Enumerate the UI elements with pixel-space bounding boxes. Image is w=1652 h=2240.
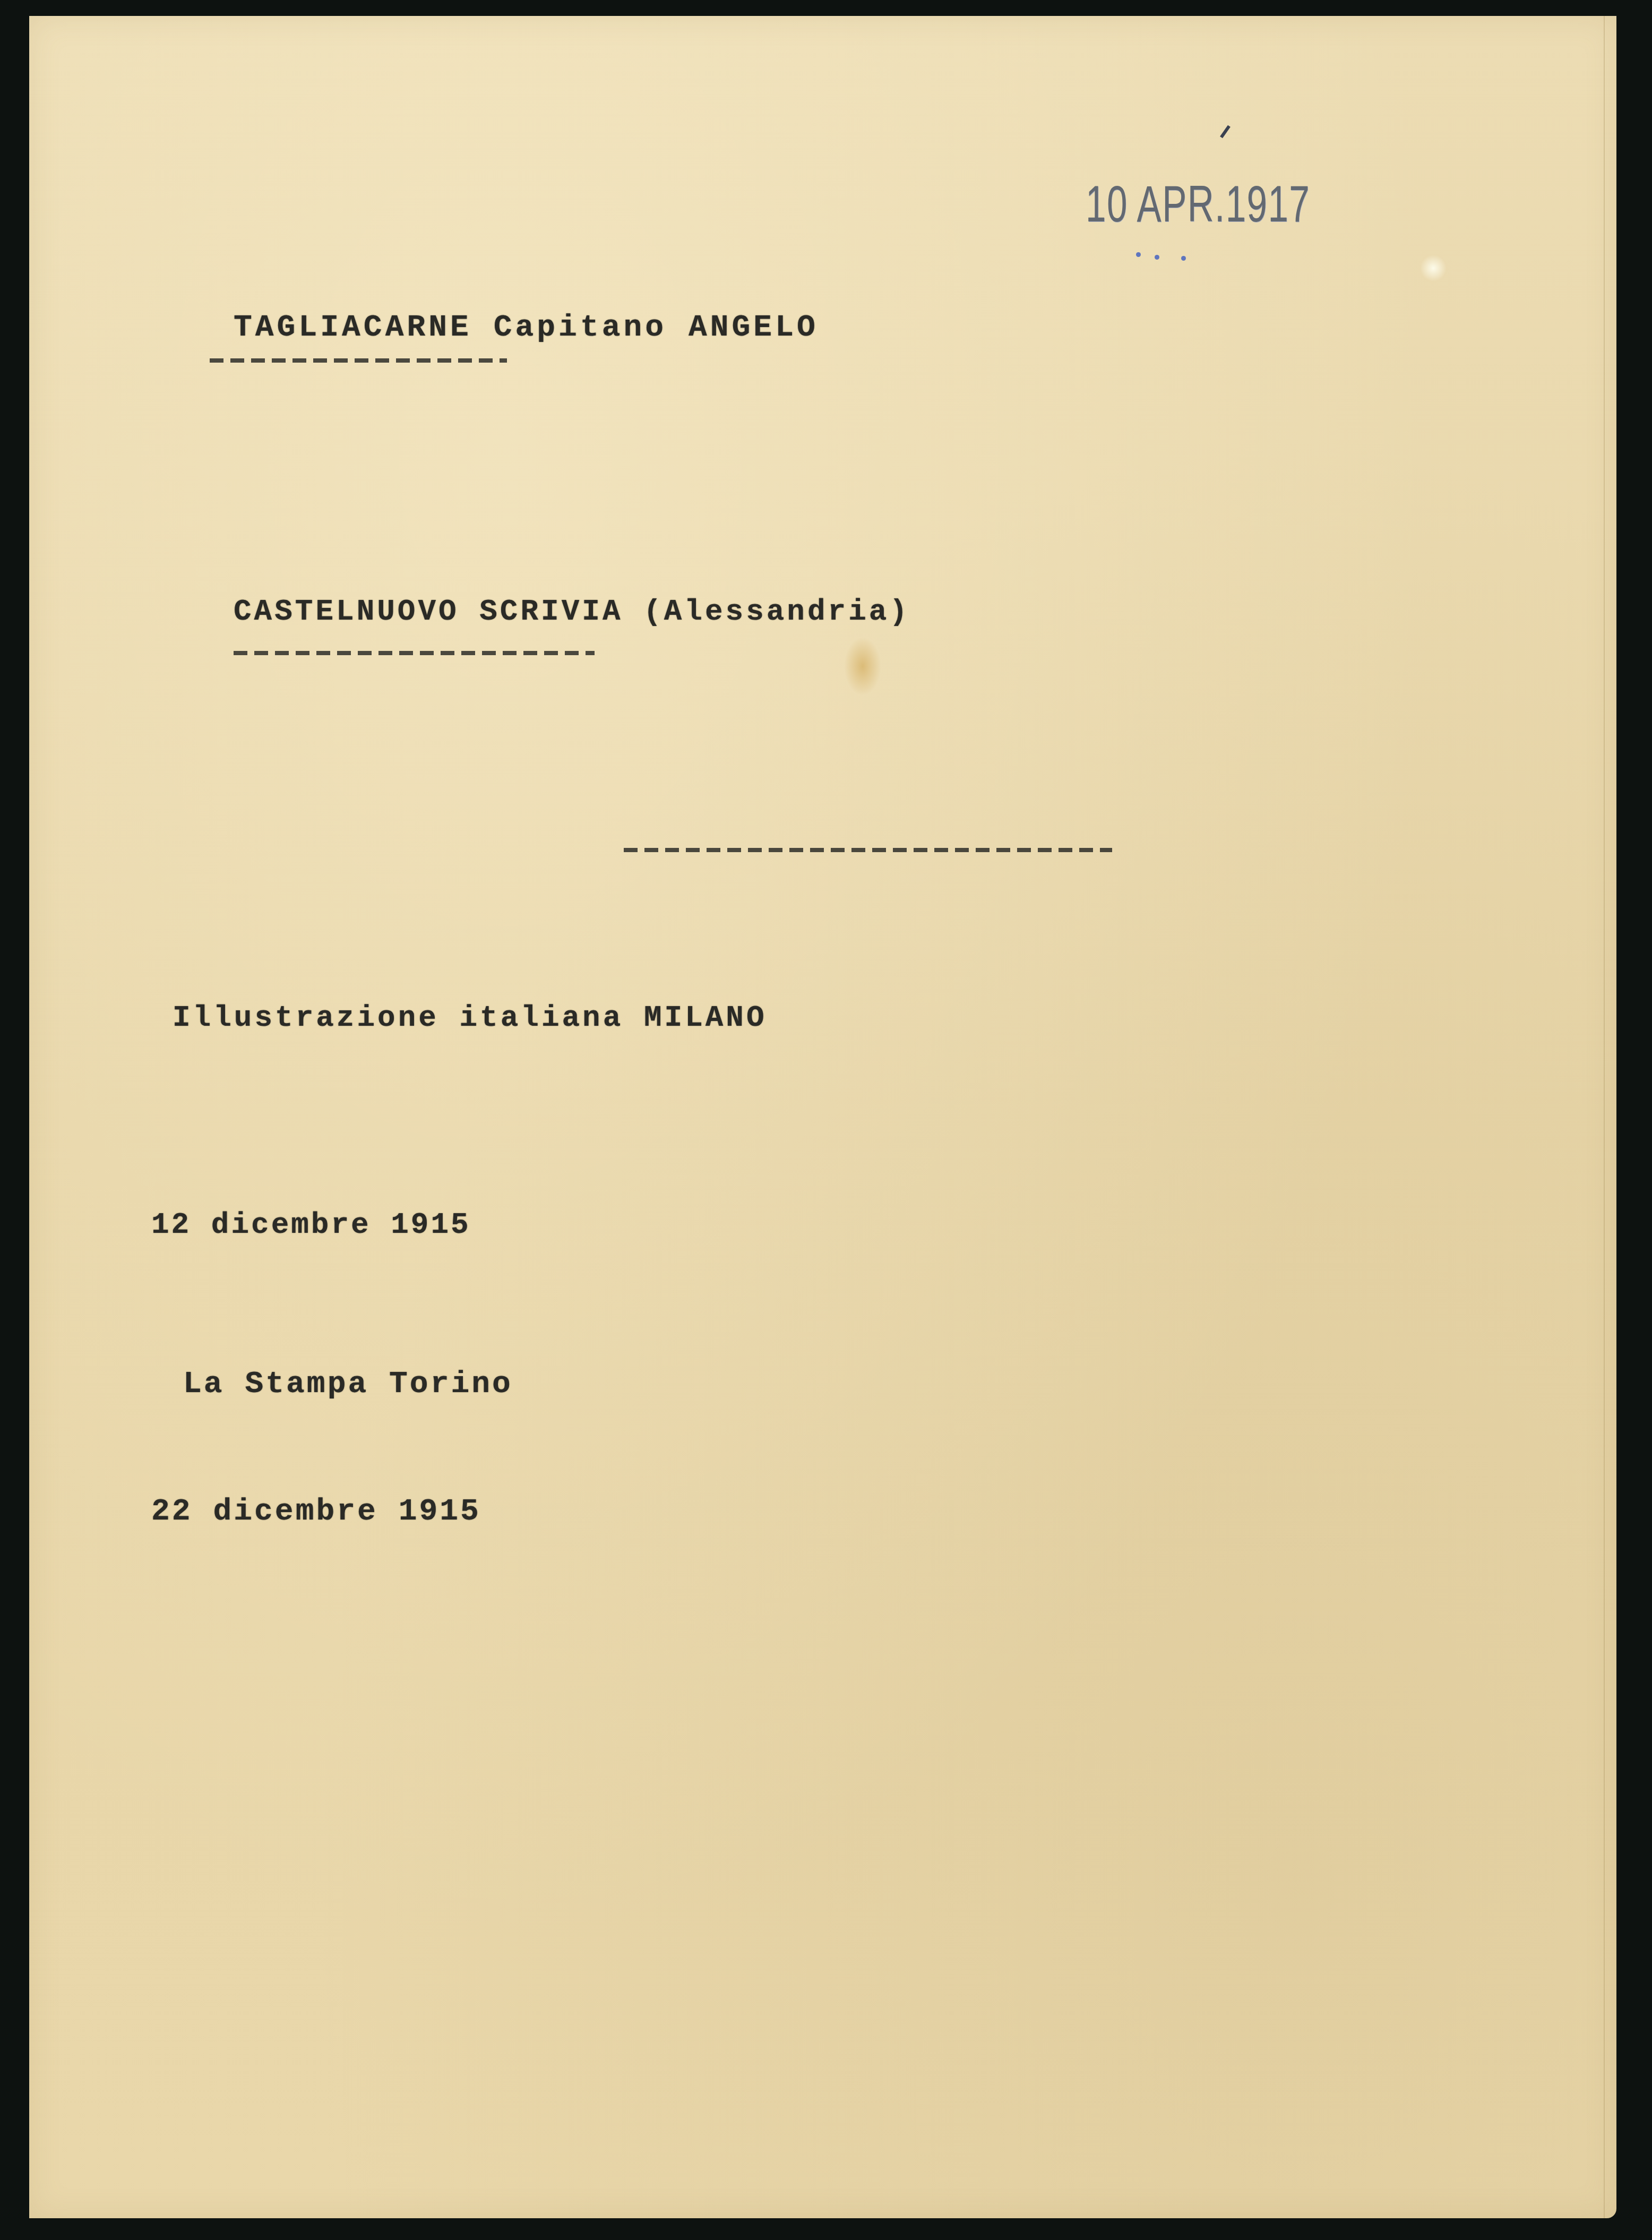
paper-light-spot — [1420, 255, 1447, 281]
stamp-tick-mark — [1220, 125, 1231, 139]
stamp-dot — [1136, 252, 1141, 257]
stamp-dot — [1181, 256, 1186, 261]
place-underline — [234, 651, 595, 655]
typed-date-line: 22 dicembre 1915 — [151, 1495, 481, 1529]
date-stamp: 10 APR.1917 — [1086, 175, 1310, 234]
section-separator — [624, 848, 1112, 852]
typed-place-line: CASTELNUOVO SCRIVIA (Alessandria) — [234, 595, 910, 629]
typed-publication-line: La Stampa Torino — [183, 1367, 513, 1402]
stamp-dot — [1155, 255, 1159, 260]
typed-name-line: TAGLIACARNE Capitano ANGELO — [234, 311, 819, 345]
paper-stain — [844, 637, 881, 696]
document-sheet: 10 APR.1917 TAGLIACARNE Capitano ANGELO … — [29, 16, 1616, 2218]
paper-fold-edge — [1604, 16, 1616, 2218]
typed-date-line: 12 dicembre 1915 — [151, 1208, 471, 1242]
typed-publication-line: Illustrazione italiana MILANO — [173, 1001, 767, 1035]
name-underline — [210, 358, 507, 363]
